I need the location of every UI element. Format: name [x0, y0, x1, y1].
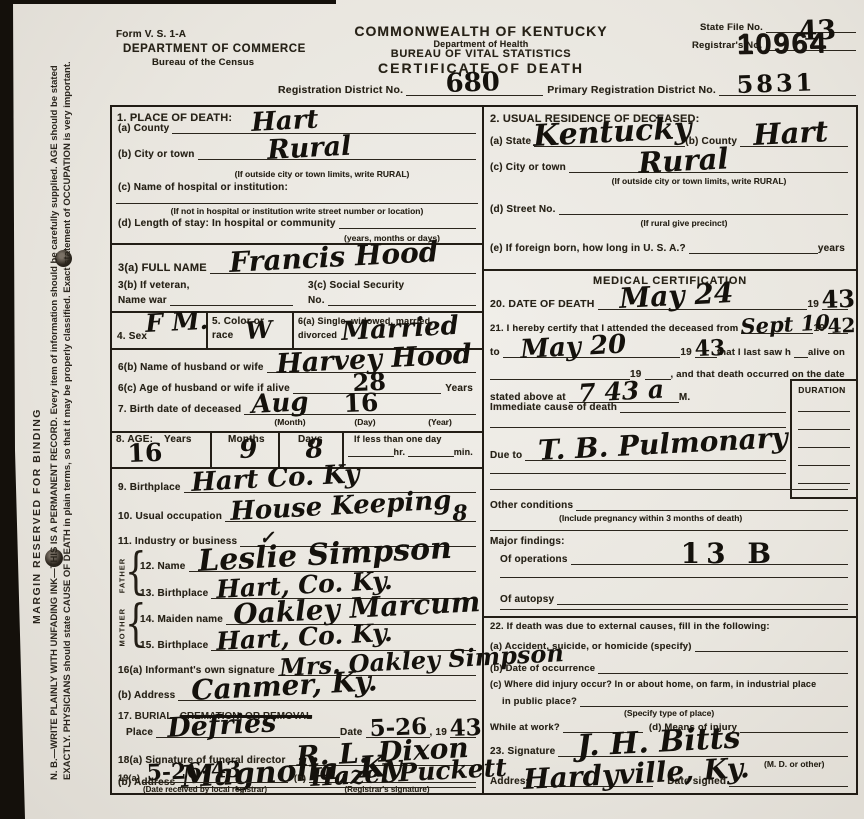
- received-caption: (Date received by local registrar): [120, 785, 290, 794]
- registration-district-line: 680: [406, 91, 543, 96]
- age-hr-line: [348, 452, 394, 457]
- external-b-label: (b) Date of occurrence: [490, 663, 598, 674]
- left-column: 1. PLACE OF DEATH: (a) County Hart (b) C…: [112, 107, 482, 793]
- external-c-row: in public place?: [502, 693, 848, 707]
- age-years-label: Years: [164, 434, 192, 445]
- duration-label: DURATION: [792, 385, 852, 395]
- residence-state-label: (a) State: [490, 136, 534, 147]
- registrar-sig-row: (b) Hazel Puckett: [294, 775, 476, 783]
- scan-edge-left: [0, 0, 30, 819]
- external-a-line: [695, 647, 848, 652]
- certify-from-value: Sept 10: [740, 311, 830, 337]
- due-to-line: T. B. Pulmonary: [525, 456, 786, 461]
- birthdate-month-value: Aug: [251, 389, 310, 418]
- physician-signature-row: 23. Signature J. H. Bitts: [490, 739, 848, 757]
- other-conditions-hint: (Include pregnancy within 3 months of de…: [559, 513, 742, 523]
- occupation-line: House Keeping 8: [225, 517, 476, 522]
- stay-label: (d) Length of stay: In hospital or commu…: [118, 218, 339, 229]
- operations-label: Of operations: [500, 554, 571, 565]
- duration-line-3: [798, 447, 850, 448]
- margin-nb-note: N. B.—WRITE PLAINLY WITH UNFADING INK—TH…: [49, 40, 103, 780]
- occupation-mark: 8: [452, 502, 468, 525]
- residence-street-hint: (If rural give precinct): [584, 218, 784, 228]
- due-to-row: Due to T. B. Pulmonary: [490, 443, 786, 461]
- primary-district-value: 5831: [736, 70, 816, 97]
- received-date-row: 19(a) 5-26-43: [118, 775, 288, 783]
- certify-to-year-prefix: 19: [680, 347, 695, 358]
- due-to-label: Due to: [490, 450, 525, 461]
- other-conditions-label: Other conditions: [490, 500, 576, 511]
- cause-blank-line-3: [490, 489, 848, 490]
- fullname-row: 3(a) FULL NAME Francis Hood: [118, 250, 476, 274]
- race-cell: 5. Color or race W: [208, 311, 294, 348]
- age-months-value: 9: [239, 436, 258, 463]
- autopsy-line: [557, 600, 848, 605]
- residence-county-value: Hart: [753, 117, 829, 150]
- received-date-line: 5-26-43: [143, 778, 288, 783]
- stay-line: [339, 224, 476, 229]
- certify-saw-blank: [794, 353, 808, 358]
- age-hr-min-row: hr. min.: [348, 447, 476, 457]
- burial-place-label: Place: [126, 727, 156, 738]
- certify-to-year-line: 43: [695, 353, 717, 358]
- spouse-row: 6(b) Name of husband or wife Harvey Hood: [118, 353, 476, 373]
- birthdate-day-line: 16: [322, 410, 399, 415]
- operations-line: 13 B: [571, 560, 848, 565]
- foreign-born-line: [689, 249, 818, 254]
- spouse-age-suffix: Years: [441, 383, 476, 394]
- immediate-cause-row: Immediate cause of death: [490, 399, 786, 413]
- birthdate-month-line: Aug: [244, 410, 321, 415]
- primary-district-line: 5831: [719, 91, 856, 96]
- foreign-born-suffix: years: [818, 243, 848, 254]
- primary-district-label: Primary Registration District No.: [543, 84, 719, 96]
- external-c-label-2: in public place?: [502, 696, 580, 707]
- war-row: Name war: [118, 295, 293, 306]
- age-hr-label: hr.: [394, 447, 409, 457]
- race-label-2: race: [212, 330, 233, 341]
- mother-name-label: 14. Maiden name: [140, 614, 226, 625]
- father-name-label: 12. Name: [140, 561, 189, 572]
- war-label: Name war: [118, 295, 170, 306]
- certify-row-2: to May 20 19 43 that I last saw h alive …: [490, 340, 848, 358]
- birthdate-year-caption: (Year): [404, 417, 476, 427]
- residence-county-line: Hart: [740, 142, 848, 147]
- dept-commerce: DEPARTMENT OF COMMERCE: [123, 43, 306, 55]
- date-signed-line: [729, 782, 848, 787]
- foreign-born-row: (e) If foreign born, how long in U. S. A…: [490, 236, 848, 254]
- physician-signature-hint: (M. D. or other): [764, 759, 824, 769]
- residence-city-value: Rural: [637, 144, 729, 178]
- informant-address-label: (b) Address: [118, 690, 178, 701]
- section-medical-divider: [484, 616, 856, 618]
- registrar-no-handwritten: 43: [798, 17, 836, 45]
- age-min-line: [408, 452, 454, 457]
- certify-from-line: Sept 10: [741, 329, 813, 334]
- marital-label-2: divorced: [298, 330, 337, 340]
- due-to-value: T. B. Pulmonary: [538, 424, 789, 465]
- date-of-death-row: 20. DATE OF DEATH May 24 19 43: [490, 290, 848, 310]
- certify-to-line: May 20: [503, 353, 681, 358]
- other-conditions-row: Other conditions: [490, 497, 848, 511]
- birthdate-month-caption: (Month): [252, 417, 328, 427]
- sex-value: F M.: [145, 308, 209, 336]
- informant-address-value: Canmer, Ky.: [191, 667, 379, 705]
- hospital-label: (c) Name of hospital or institution:: [118, 182, 288, 193]
- date-of-death-value: May 24: [618, 279, 733, 313]
- spouse-label: 6(b) Name of husband or wife: [118, 362, 267, 373]
- foreign-born-label: (e) If foreign born, how long in U. S. A…: [490, 243, 689, 254]
- fullname-value: Francis Hood: [228, 238, 438, 277]
- form-number: Form V. S. 1-A: [116, 29, 186, 40]
- registrar-sig-b-label: (b): [294, 773, 309, 783]
- immediate-cause-line: [620, 408, 786, 413]
- death-certificate-page: MARGIN RESERVED FOR BINDING N. B.—WRITE …: [0, 0, 864, 819]
- certify-row-3: 19 , and that death occurred on the date: [490, 364, 848, 380]
- age-years-cell: 8. AGE: Years 16: [112, 431, 212, 467]
- physician-signature-label: 23. Signature: [490, 746, 558, 757]
- certify-alive-label: alive on: [808, 347, 848, 358]
- registration-district-label: Registration District No.: [278, 84, 406, 96]
- sex-label: 4. Sex: [117, 331, 147, 342]
- stay-row: (d) Length of stay: In hospital or commu…: [118, 218, 476, 229]
- burial-place-value: Defries: [167, 709, 277, 742]
- commonwealth-title: COMMONWEALTH OF KENTUCKY: [314, 23, 648, 39]
- city-row: (b) City or town Rural: [118, 149, 476, 160]
- residence-city-hint: (If outside city or town limits, write R…: [554, 176, 844, 186]
- hospital-hint: (If not in hospital or institution write…: [132, 206, 462, 216]
- date-of-death-line: May 24: [598, 305, 808, 310]
- certify-from-year-value: 42: [827, 315, 856, 336]
- county-value: Hart: [251, 107, 319, 136]
- hospital-line: [116, 203, 478, 204]
- certify-row-1: 21. I hereby certify that I attended the…: [490, 316, 848, 334]
- received-date-value: 5-26-43: [146, 759, 242, 784]
- ss-no-line: [328, 301, 476, 306]
- duration-line-5: [798, 483, 850, 484]
- operations-value: 13 B: [681, 540, 777, 568]
- certify-to-label: to: [490, 347, 503, 358]
- external-b-row: (b) Date of occurrence: [490, 660, 848, 674]
- father-birthplace-label: 13. Birthplace: [140, 588, 211, 599]
- external-a-label: (a) Accident, suicide, or homicide (spec…: [490, 641, 695, 652]
- residence-street-label: (d) Street No.: [490, 204, 559, 215]
- age-less-cell: If less than one day hr. min.: [344, 431, 482, 467]
- duration-line-4: [798, 465, 850, 466]
- burial-place-line: Defries: [156, 733, 340, 738]
- operations-row: Of operations 13 B: [500, 549, 848, 565]
- city-label: (b) City or town: [118, 149, 198, 160]
- birthdate-label: 7. Birth date of deceased: [118, 404, 244, 415]
- sex-cell: 4. Sex F M.: [112, 311, 208, 348]
- city-hint: (If outside city or town limits, write R…: [172, 169, 472, 179]
- residence-city-label: (c) City or town: [490, 162, 569, 173]
- occupation-row: 10. Usual occupation House Keeping 8: [118, 504, 476, 522]
- ss-no-row: No.: [308, 295, 476, 306]
- external-b-line: [598, 669, 848, 674]
- informant-address-line: Canmer, Ky.: [178, 696, 476, 701]
- age-min-label: min.: [454, 447, 476, 457]
- date-of-death-label: 20. DATE OF DEATH: [490, 298, 598, 310]
- external-c-label-1: (c) Where did injury occur? In or about …: [490, 679, 816, 689]
- residence-city-line: Rural: [569, 168, 848, 173]
- certify-to-year-value: 43: [694, 337, 725, 360]
- major-findings-label: Major findings:: [490, 536, 565, 547]
- certify-to-value: May 20: [519, 331, 626, 363]
- section2-divider: [484, 269, 856, 271]
- mother-birthplace-label: 15. Birthplace: [140, 640, 211, 651]
- birthdate-day-caption: (Day): [330, 417, 400, 427]
- ss-no-label: No.: [308, 295, 328, 306]
- while-at-work-label: While at work?: [490, 722, 563, 733]
- scan-edge-top: [0, 0, 336, 4]
- registration-district-value: 680: [445, 69, 500, 97]
- race-value: W: [245, 318, 273, 343]
- residence-street-row: (d) Street No.: [490, 197, 848, 215]
- war-line: [170, 301, 293, 306]
- birthdate-year-line: [399, 410, 476, 415]
- veteran-label: 3(b) If veteran,: [118, 280, 190, 291]
- residence-city-row: (c) City or town Rural: [490, 155, 848, 173]
- city-value: Rural: [266, 133, 351, 164]
- right-column: 2. USUAL RESIDENCE OF DECEASED: (a) Stat…: [482, 107, 856, 793]
- certificate-form-box: 1. PLACE OF DEATH: (a) County Hart (b) C…: [110, 105, 858, 795]
- bureau-vital-statistics: BUREAU OF VITAL STATISTICS: [314, 48, 648, 60]
- age-less-label: If less than one day: [354, 434, 442, 444]
- age-days-value: 8: [305, 436, 324, 463]
- certify-saw-label: that I last saw h: [717, 347, 794, 358]
- operations-blank-line: [500, 577, 848, 578]
- registrar-sig-caption: (Registrar's signature): [298, 785, 476, 794]
- duration-line-2: [798, 429, 850, 430]
- age-months-cell: Months 9: [212, 431, 280, 467]
- birthdate-row: 7. Birth date of deceased Aug 16: [118, 397, 476, 415]
- margin-binding-note: MARGIN RESERVED FOR BINDING: [31, 388, 45, 644]
- received-label: 19(a): [118, 773, 143, 783]
- physician-address-value: Hardyville, Ky.: [523, 754, 751, 794]
- age-years-value: 16: [127, 440, 163, 466]
- date-of-death-year-value: 43: [821, 287, 855, 312]
- informant-address-row: (b) Address Canmer, Ky.: [118, 683, 476, 701]
- county-row: (a) County Hart: [118, 123, 476, 134]
- fullname-line: Francis Hood: [210, 269, 476, 274]
- means-of-injury-line: [740, 728, 848, 733]
- external-c-line: [580, 702, 848, 707]
- duration-box: DURATION: [790, 379, 858, 499]
- fullname-label: 3(a) FULL NAME: [118, 262, 210, 274]
- physician-address-line: Hardyville, Ky.: [534, 782, 653, 787]
- immediate-cause-label: Immediate cause of death: [490, 402, 620, 413]
- occupation-label: 10. Usual occupation: [118, 511, 225, 522]
- autopsy-row: Of autopsy: [500, 589, 848, 605]
- other-conditions-line: [576, 506, 848, 511]
- external-a-row: (a) Accident, suicide, or homicide (spec…: [490, 638, 848, 652]
- date-of-death-year-prefix: 19: [807, 299, 822, 310]
- county-label: (a) County: [118, 123, 172, 134]
- registration-district-row: Registration District No. 680 Primary Re…: [278, 84, 856, 96]
- birthdate-day-value: 16: [343, 390, 379, 416]
- registrar-sig-line: Hazel Puckett: [309, 778, 476, 783]
- bureau-census: Bureau of the Census: [152, 57, 254, 68]
- autopsy-label: Of autopsy: [500, 594, 557, 605]
- certify-from-year-line: 42: [828, 329, 848, 334]
- external-c-hint: (Specify type of place): [624, 708, 714, 718]
- autopsy-blank-line: [500, 609, 848, 610]
- duration-line-1: [798, 411, 850, 412]
- birthplace-label: 9. Birthplace: [118, 482, 184, 493]
- cause-blank-line-2: [490, 473, 786, 474]
- residence-street-line: [559, 210, 848, 215]
- physician-address-row: Address Hardyville, Ky. Date signed: [490, 771, 848, 787]
- city-line: Rural: [198, 155, 476, 160]
- ss-label: 3(c) Social Security: [308, 280, 404, 291]
- external-title: 22. If death was due to external causes,…: [490, 621, 770, 632]
- other-conditions-blank-line: [490, 530, 848, 531]
